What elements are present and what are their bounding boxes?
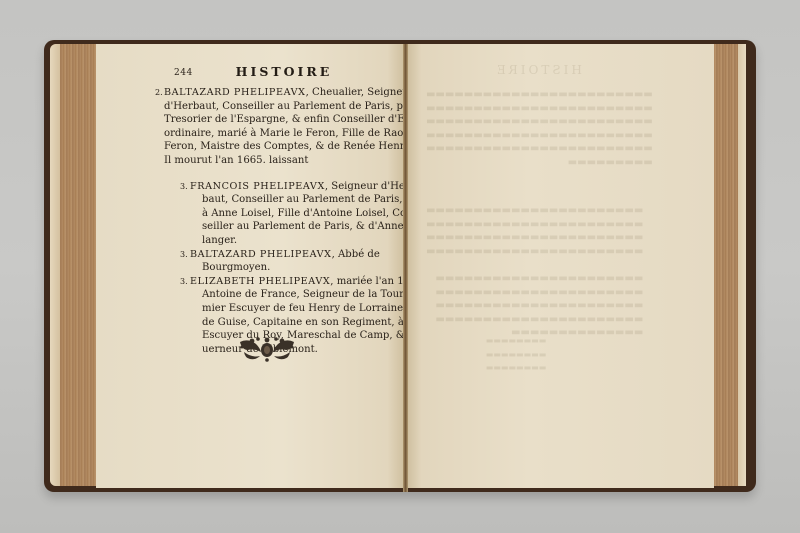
- text-line: baut, Conseiller au Parlement de Paris, …: [190, 193, 400, 207]
- text-line: BALTAZARD PHELIPEAVX, Cheualier, Seigneu…: [164, 86, 400, 100]
- text-line: FRANCOIS PHELIPEAVX, Seigneur d'Her-: [190, 180, 400, 194]
- genealogy-entry: 2. BALTAZARD PHELIPEAVX, Cheualier, Seig…: [164, 86, 400, 168]
- person-name: BALTAZARD PHELIPEAVX: [164, 87, 306, 98]
- person-name: FRANCOIS PHELIPEAVX: [190, 181, 325, 192]
- text-line: Feron, Maistre des Comptes, & de Renée H…: [164, 140, 400, 154]
- show-through-head: HISTOIRE: [494, 64, 582, 78]
- text-line: langer.: [190, 234, 400, 248]
- left-fore-edge: [50, 44, 98, 486]
- entry-number: 3.: [180, 180, 188, 194]
- text-line: ordinaire, marié à Marie le Feron, Fille…: [164, 127, 400, 141]
- person-name: BALTAZARD PHELIPEAVX: [190, 249, 332, 260]
- text-line: d'Herbaut, Conseiller au Parlement de Pa…: [164, 100, 400, 114]
- entry-number: 3.: [180, 248, 188, 262]
- genealogy-entry: 3. BALTAZARD PHELIPEAVX, Abbé de Bourgmo…: [190, 248, 400, 275]
- entry-number: 2.: [155, 86, 163, 100]
- text-line: Bourgmoyen.: [190, 261, 400, 275]
- show-through-text: ▬▬▬▬▬▬▬▬▬▬▬▬▬▬▬▬▬▬▬▬▬▬▬▬ ▬▬▬▬▬▬▬▬▬▬▬▬▬▬▬…: [426, 88, 653, 170]
- show-through-text: ▬▬▬▬▬▬▬▬▬▬▬▬▬▬▬▬▬▬▬▬▬▬▬ ▬▬▬▬▬▬▬▬▬▬▬▬▬▬▬▬…: [426, 204, 643, 340]
- text-line: Tresorier de l'Espargne, & enfin Conseil…: [164, 113, 400, 127]
- book-gutter: [403, 44, 408, 492]
- left-page: 244 HISTOIRE 2. BALTAZARD PHELIPEAVX, Ch…: [96, 44, 406, 488]
- running-head: 244 HISTOIRE: [166, 64, 402, 80]
- text-line: ELIZABETH PHELIPEAVX, mariée l'an 1664. …: [190, 275, 400, 289]
- genealogy-entry: 3. FRANCOIS PHELIPEAVX, Seigneur d'Her- …: [190, 180, 400, 248]
- text-line: seiller au Parlement de Paris, & d'Anne …: [190, 220, 400, 234]
- person-name: ELIZABETH PHELIPEAVX: [190, 276, 330, 287]
- text-line: Antoine de France, Seigneur de la Tour, …: [190, 288, 400, 302]
- show-through-ornament: ▬▬▬▬▬▬▬▬▬▬▬▬▬▬▬▬▬▬▬▬▬▬▬▬: [486, 334, 546, 375]
- floral-ornament-icon: [238, 336, 296, 362]
- text-line: à Anne Loisel, Fille d'Antoine Loisel, C…: [190, 207, 400, 221]
- text-line: Il mourut l'an 1665. laissant: [164, 154, 400, 168]
- right-page: HISTOIRE ▬▬▬▬▬▬▬▬▬▬▬▬▬▬▬▬▬▬▬▬▬▬▬▬ ▬▬▬▬▬▬…: [406, 44, 714, 488]
- text-line: BALTAZARD PHELIPEAVX, Abbé de: [190, 248, 400, 262]
- right-fore-edge: [712, 44, 746, 486]
- page-title: HISTOIRE: [166, 64, 402, 79]
- text-line: de Guise, Capitaine en son Regiment, à p…: [190, 316, 400, 330]
- text-line: mier Escuyer de feu Henry de Lorraine, D…: [190, 302, 400, 316]
- entry-number: 3.: [180, 275, 188, 289]
- body-text: 2. BALTAZARD PHELIPEAVX, Cheualier, Seig…: [164, 86, 400, 356]
